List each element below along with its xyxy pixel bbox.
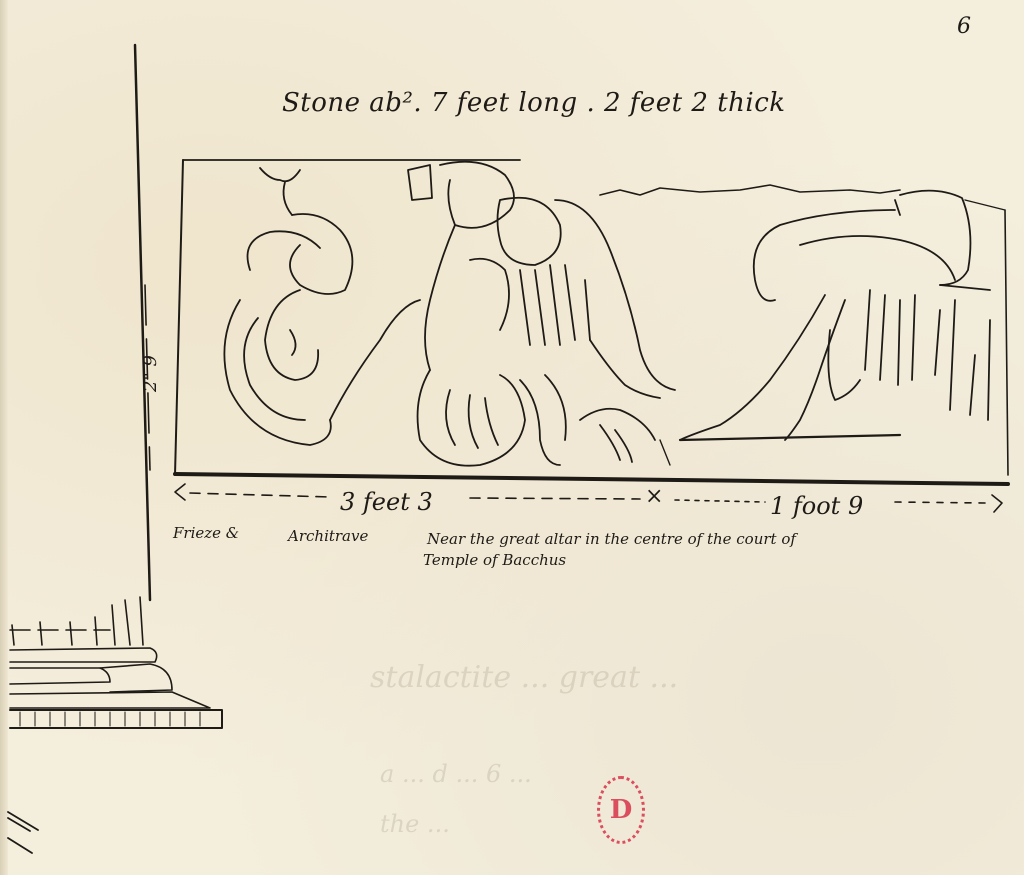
dimension-line	[175, 484, 1002, 512]
stamp-letter: D	[610, 795, 633, 825]
column-base	[10, 597, 222, 728]
library-stamp: D	[597, 776, 645, 844]
caption-location: Near the great altar in the centre of th…	[427, 530, 796, 548]
seated-figure	[660, 191, 990, 465]
sea-creature-scroll	[224, 168, 420, 445]
width-right-label: 1 foot 9	[770, 492, 863, 520]
kneeling-figure	[408, 162, 675, 466]
caption-temple: Temple of Bacchus	[423, 551, 566, 569]
sketchbook-page: stalactite ... great ... a ... d ... 6 .…	[0, 0, 1024, 875]
caption-architrave: Architrave	[288, 527, 368, 545]
height-dimension-label: 2" 9	[140, 355, 161, 392]
stone-dimensions-note: Stone ab². 7 feet long . 2 feet 2 thick	[282, 88, 786, 118]
column-shaft-line	[135, 45, 150, 600]
caption-frieze: Frieze &	[173, 524, 239, 542]
frieze-drawing	[0, 0, 1024, 875]
page-number: 6	[957, 14, 971, 39]
width-left-label: 3 feet 3	[340, 488, 433, 516]
width-separator-mark: ×	[645, 484, 663, 509]
